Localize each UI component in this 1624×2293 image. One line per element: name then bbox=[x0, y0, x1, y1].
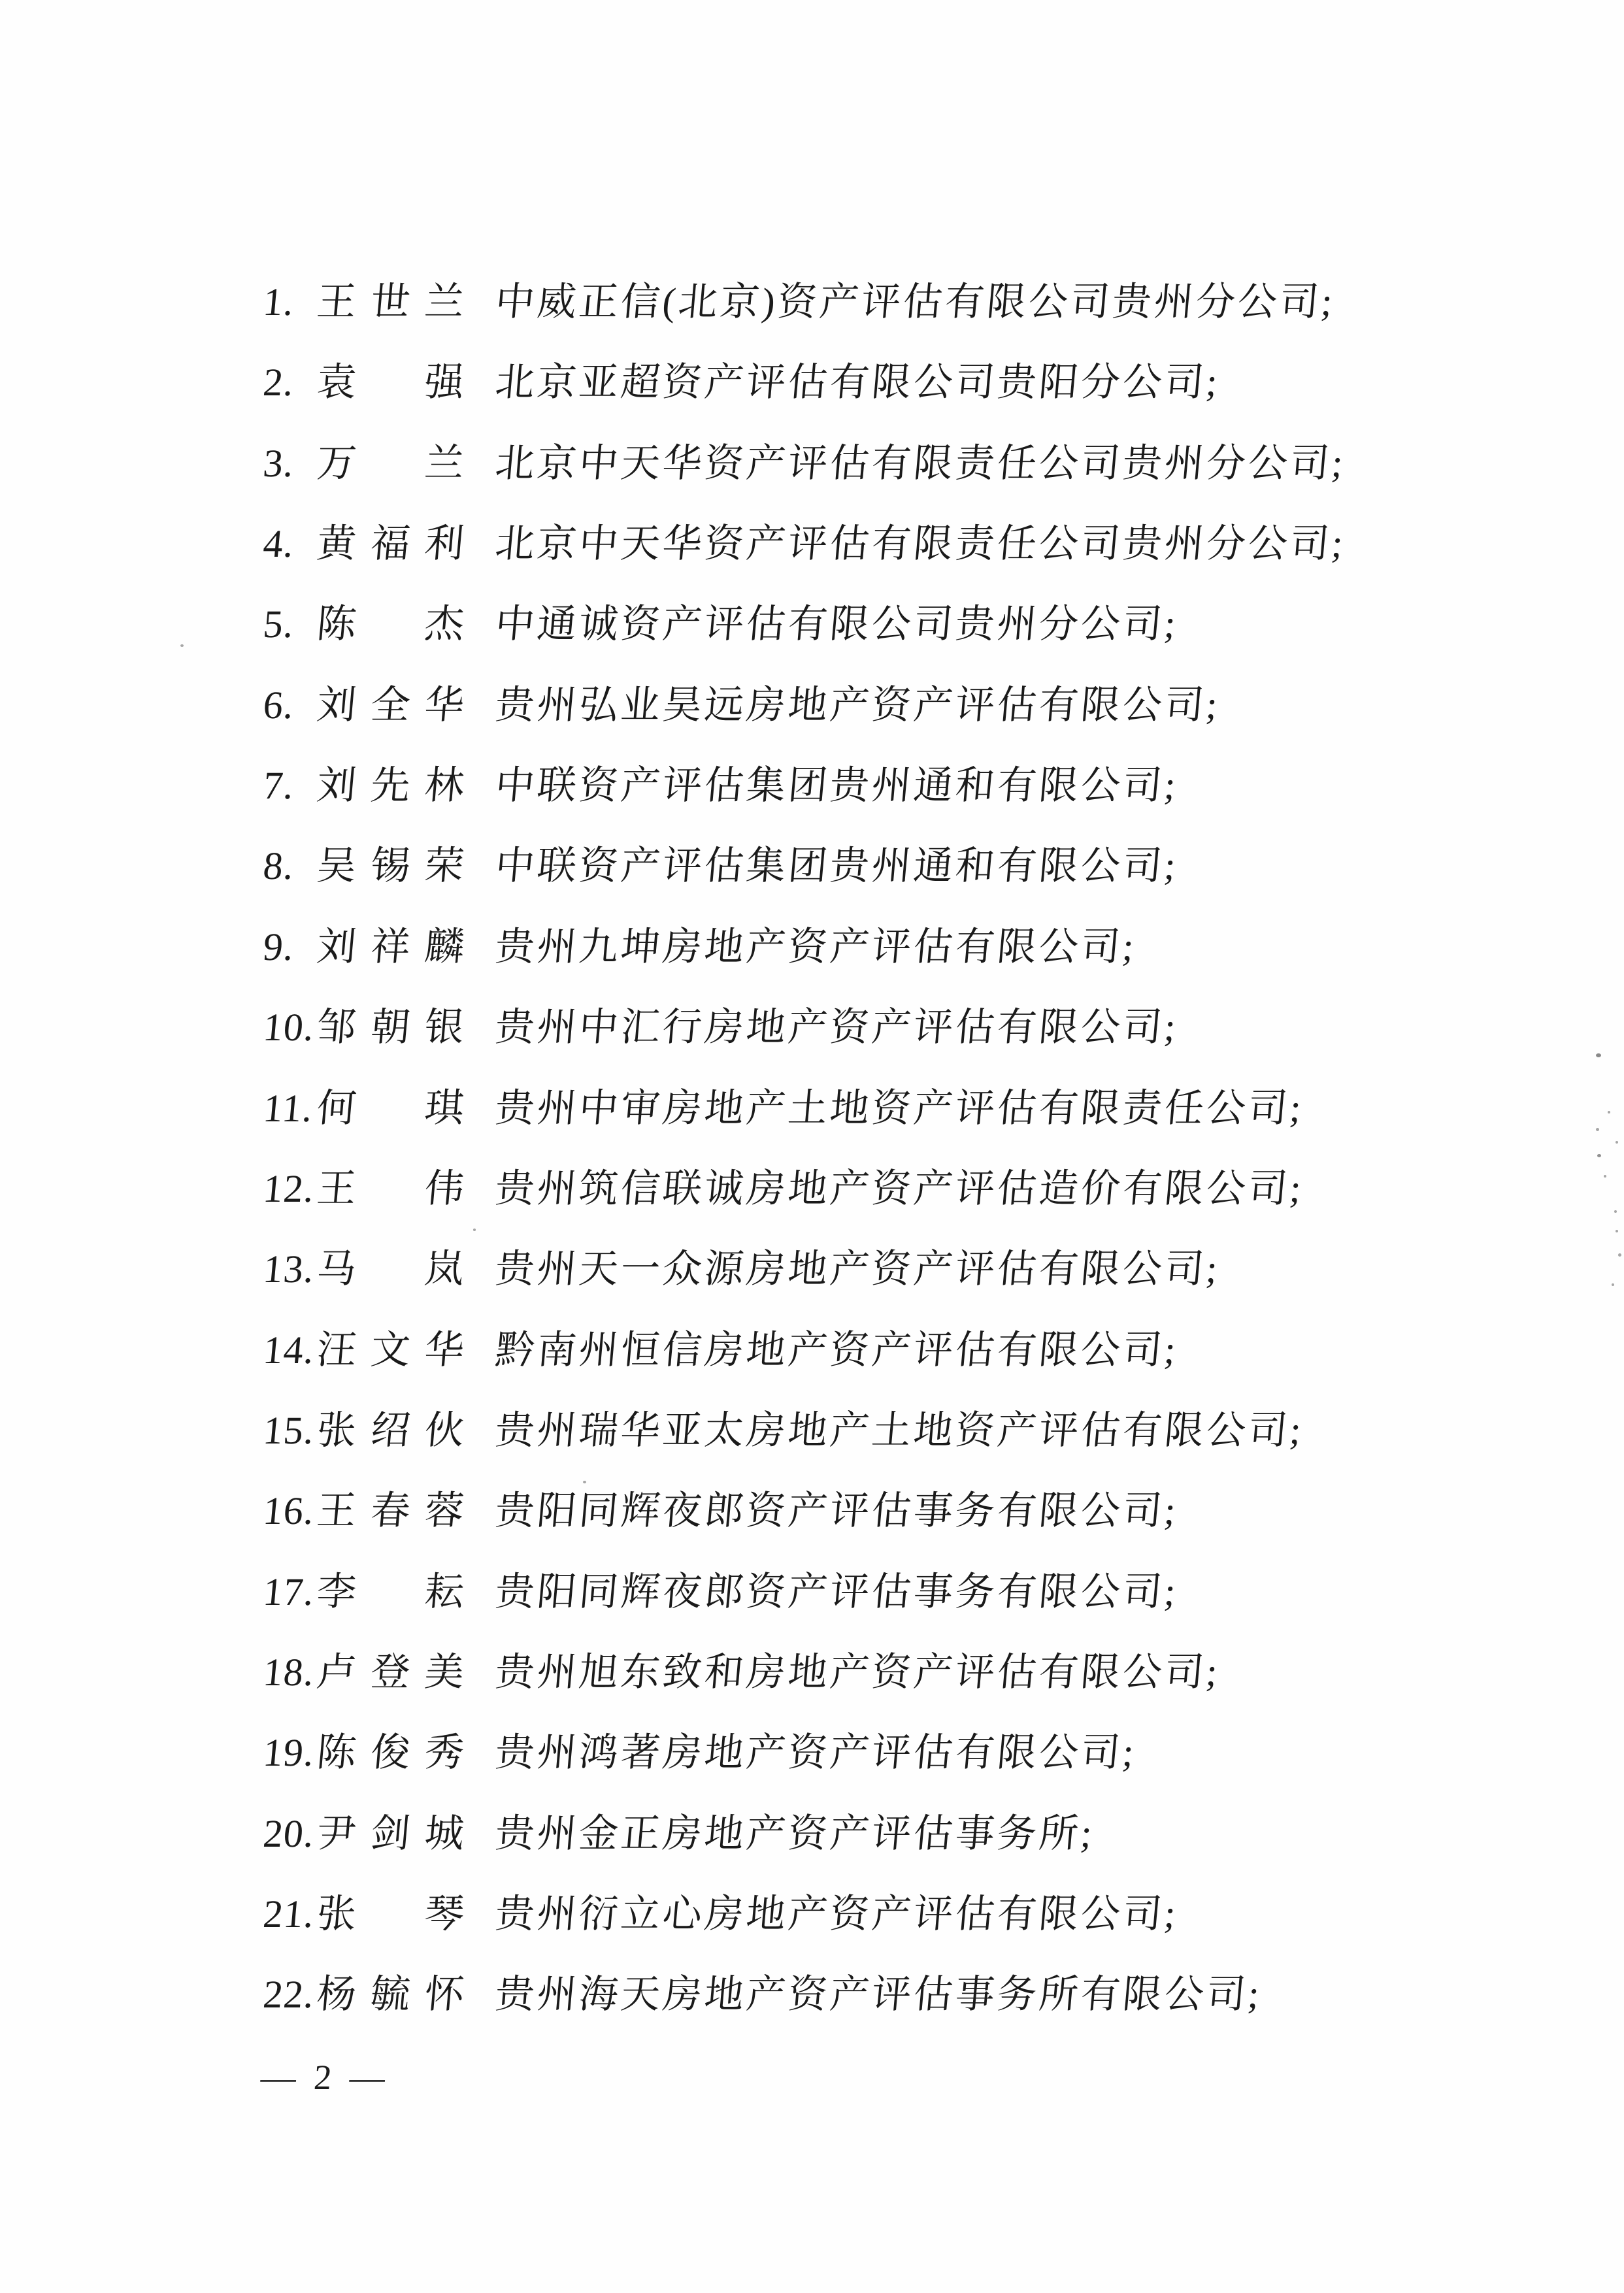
company-name: 北京亚超资产评估有限公司贵阳分公司; bbox=[493, 361, 1221, 403]
person-name: 刘先林 bbox=[315, 765, 466, 806]
item-number: 17. bbox=[261, 1571, 319, 1613]
scanned-document-page: 1.王世兰中威正信(北京)资产评估有限公司贵州分公司; 2.袁 强北京亚超资产评… bbox=[0, 0, 1624, 2293]
item-number: 4. bbox=[261, 523, 319, 565]
person-name: 杨毓怀 bbox=[315, 1973, 466, 2015]
person-name: 邹朝银 bbox=[315, 1006, 466, 1048]
company-name: 贵州金正房地产资产评估事务所; bbox=[493, 1813, 1096, 1855]
item-number: 5. bbox=[261, 603, 319, 645]
item-number: 20. bbox=[261, 1813, 319, 1855]
scan-speck bbox=[1612, 1283, 1614, 1286]
person-name: 张 琴 bbox=[315, 1893, 466, 1935]
list-item: 4.黄福利北京中天华资产评估有限责任公司贵州分公司; bbox=[261, 523, 1347, 565]
item-number: 2. bbox=[261, 361, 319, 403]
company-name: 贵州衍立心房地产资产评估有限公司; bbox=[493, 1893, 1180, 1935]
list-item: 3.万 兰北京中天华资产评估有限责任公司贵州分公司; bbox=[261, 442, 1347, 484]
item-number: 19. bbox=[261, 1732, 319, 1773]
scan-speck bbox=[180, 644, 184, 647]
list-item: 9.刘祥麟贵州九坤房地产资产评估有限公司; bbox=[261, 926, 1138, 968]
person-name: 陈 杰 bbox=[315, 603, 466, 645]
company-name: 贵州鸿著房地产资产评估有限公司; bbox=[493, 1732, 1138, 1773]
item-number: 6. bbox=[261, 684, 319, 726]
scan-speck bbox=[473, 1229, 476, 1231]
person-name: 李 耘 bbox=[315, 1571, 466, 1613]
item-number: 7. bbox=[261, 765, 319, 806]
company-name: 黔南州恒信房地产资产评估有限公司; bbox=[493, 1329, 1180, 1371]
person-name: 汪文华 bbox=[315, 1329, 466, 1371]
scan-speck bbox=[1614, 1210, 1617, 1213]
scan-speck bbox=[1596, 1053, 1601, 1057]
person-name: 王世兰 bbox=[315, 281, 466, 323]
item-number: 8. bbox=[261, 845, 319, 887]
scan-speck bbox=[583, 1481, 586, 1483]
person-name: 黄福利 bbox=[315, 523, 466, 565]
company-name: 中通诚资产评估有限公司贵州分公司; bbox=[493, 603, 1180, 645]
list-item: 6.刘全华贵州弘业昊远房地产资产评估有限公司; bbox=[261, 684, 1221, 726]
person-name: 吴锡荣 bbox=[315, 845, 466, 887]
company-name: 中联资产评估集团贵州通和有限公司; bbox=[493, 845, 1180, 887]
company-name: 中威正信(北京)资产评估有限公司贵州分公司; bbox=[493, 281, 1336, 323]
scan-speck bbox=[1597, 1154, 1601, 1157]
person-name: 张绍伙 bbox=[315, 1410, 466, 1451]
list-item: 11.何 琪贵州中审房地产土地资产评估有限责任公司; bbox=[261, 1087, 1305, 1129]
list-item: 21.张 琴贵州衍立心房地产资产评估有限公司; bbox=[261, 1893, 1180, 1935]
scan-speck bbox=[1604, 1175, 1606, 1178]
list-item: 10.邹朝银贵州中汇行房地产资产评估有限公司; bbox=[261, 1006, 1180, 1048]
list-item: 14.汪文华黔南州恒信房地产资产评估有限公司; bbox=[261, 1329, 1180, 1371]
list-item: 17.李 耘贵阳同辉夜郎资产评估事务有限公司; bbox=[261, 1571, 1180, 1613]
item-number: 3. bbox=[261, 442, 319, 484]
company-name: 贵州筑信联诚房地产资产评估造价有限公司; bbox=[493, 1168, 1305, 1210]
person-name: 陈俊秀 bbox=[315, 1732, 466, 1773]
list-item: 13.马 岚贵州天一众源房地产资产评估有限公司; bbox=[261, 1248, 1221, 1290]
company-name: 贵州瑞华亚太房地产土地资产评估有限公司; bbox=[493, 1410, 1305, 1451]
company-name: 贵州海天房地产资产评估事务所有限公司; bbox=[493, 1973, 1263, 2015]
list-item: 15.张绍伙贵州瑞华亚太房地产土地资产评估有限公司; bbox=[261, 1410, 1305, 1451]
item-number: 15. bbox=[261, 1410, 319, 1451]
scan-speck bbox=[1596, 1128, 1599, 1131]
item-number: 16. bbox=[261, 1490, 319, 1532]
list-item: 19.陈俊秀贵州鸿著房地产资产评估有限公司; bbox=[261, 1732, 1138, 1773]
company-name: 北京中天华资产评估有限责任公司贵州分公司; bbox=[493, 523, 1347, 565]
item-number: 11. bbox=[261, 1087, 319, 1129]
scan-speck bbox=[1618, 1253, 1621, 1257]
item-number: 9. bbox=[261, 926, 319, 968]
list-item: 7.刘先林中联资产评估集团贵州通和有限公司; bbox=[261, 765, 1180, 806]
company-name: 贵阳同辉夜郎资产评估事务有限公司; bbox=[493, 1490, 1180, 1532]
person-name: 卢登美 bbox=[315, 1651, 466, 1693]
scan-speck bbox=[1616, 1141, 1618, 1144]
person-name: 尹剑城 bbox=[315, 1813, 466, 1855]
person-name: 万 兰 bbox=[315, 442, 466, 484]
list-item: 8.吴锡荣中联资产评估集团贵州通和有限公司; bbox=[261, 845, 1180, 887]
company-name: 贵州中汇行房地产资产评估有限公司; bbox=[493, 1006, 1180, 1048]
item-number: 10. bbox=[261, 1006, 319, 1048]
item-number: 21. bbox=[261, 1893, 319, 1935]
person-name: 何 琪 bbox=[315, 1087, 466, 1129]
list-item: 22.杨毓怀贵州海天房地产资产评估事务所有限公司; bbox=[261, 1973, 1263, 2015]
list-item: 12.王 伟贵州筑信联诚房地产资产评估造价有限公司; bbox=[261, 1168, 1305, 1210]
item-number: 12. bbox=[261, 1168, 319, 1210]
company-name: 贵州旭东致和房地产资产评估有限公司; bbox=[493, 1651, 1221, 1693]
person-name: 刘祥麟 bbox=[315, 926, 466, 968]
company-name: 北京中天华资产评估有限责任公司贵州分公司; bbox=[493, 442, 1347, 484]
scan-speck bbox=[1616, 1230, 1618, 1232]
company-name: 贵州中审房地产土地资产评估有限责任公司; bbox=[493, 1087, 1305, 1129]
company-name: 贵州弘业昊远房地产资产评估有限公司; bbox=[493, 684, 1221, 726]
item-number: 14. bbox=[261, 1329, 319, 1371]
company-name: 贵州九坤房地产资产评估有限公司; bbox=[493, 926, 1138, 968]
page-number: — 2 — bbox=[259, 2057, 388, 2098]
item-number: 1. bbox=[261, 281, 319, 323]
item-number: 18. bbox=[261, 1651, 319, 1693]
person-name: 刘全华 bbox=[315, 684, 466, 726]
person-name: 王春蓉 bbox=[315, 1490, 466, 1532]
list-item: 5.陈 杰中通诚资产评估有限公司贵州分公司; bbox=[261, 603, 1180, 645]
company-name: 贵阳同辉夜郎资产评估事务有限公司; bbox=[493, 1571, 1180, 1613]
company-name: 贵州天一众源房地产资产评估有限公司; bbox=[493, 1248, 1221, 1290]
list-item: 16.王春蓉贵阳同辉夜郎资产评估事务有限公司; bbox=[261, 1490, 1180, 1532]
person-name: 马 岚 bbox=[315, 1248, 466, 1290]
person-name: 王 伟 bbox=[315, 1168, 466, 1210]
person-name: 袁 强 bbox=[315, 361, 466, 403]
list-item: 18.卢登美贵州旭东致和房地产资产评估有限公司; bbox=[261, 1651, 1221, 1693]
scan-speck bbox=[1608, 1111, 1610, 1114]
item-number: 13. bbox=[261, 1248, 319, 1290]
list-item: 1.王世兰中威正信(北京)资产评估有限公司贵州分公司; bbox=[261, 281, 1336, 323]
item-number: 22. bbox=[261, 1973, 319, 2015]
company-name: 中联资产评估集团贵州通和有限公司; bbox=[493, 765, 1180, 806]
list-item: 2.袁 强北京亚超资产评估有限公司贵阳分公司; bbox=[261, 361, 1221, 403]
list-item: 20.尹剑城贵州金正房地产资产评估事务所; bbox=[261, 1813, 1096, 1855]
